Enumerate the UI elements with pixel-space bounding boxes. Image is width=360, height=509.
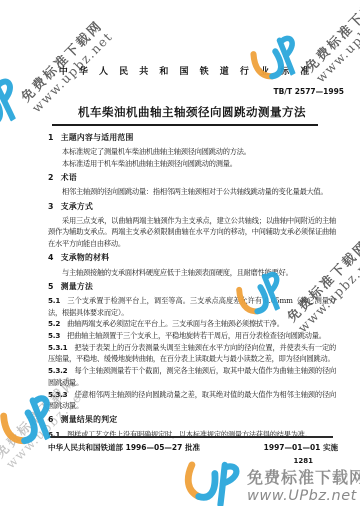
- section-4-paragraph-1: 与主轴颈接触的支承面材料硬度应低于主轴颈表面硬度，且耐磨性能要好。: [48, 267, 336, 279]
- standard-number: TB/T 2577—1995: [273, 87, 344, 96]
- clause-5-2: 5.2曲轴两端支承必须固定在平台上。三支承面与各主轴颈必须擦拭干净。: [48, 318, 336, 330]
- upbz-logo-icon: [182, 461, 244, 506]
- watermark-site-name: 免费标准下载网: [247, 465, 360, 488]
- clause-6-1: 6.1图样或工艺文件上没有明确规定时，以本标准规定的测量方法获得的结果为准。: [48, 429, 336, 441]
- scanned-standard-page: 中 华 人 民 共 和 国 铁 道 行 业 标 准 TB/T 2577—1995…: [0, 0, 360, 509]
- section-6-heading: 6测量结果的判定: [48, 414, 336, 426]
- clause-5-3-2: 5.3.2每个主轴颈测量若干个截面，测完各主轴颈后，取其中最大值作为曲轴主轴颈的…: [48, 365, 336, 388]
- clause-5-3: 5.3把曲轴主轴颈置于三个支承上，平稳地旋转若干周后，用百分表检查径向圆跳动量。: [48, 330, 336, 342]
- section-1-paragraph-2: 本标准适用于机车柴油机曲轴主轴颈径向圆跳动的测量。: [48, 158, 336, 170]
- section-1-heading: 1主题内容与适用范围: [48, 132, 336, 144]
- section-4-heading: 4支承物的材料: [48, 252, 336, 264]
- section-2-heading: 2术语: [48, 172, 336, 184]
- document-title: 机车柴油机曲轴主轴颈径向圆跳动测量方法: [48, 104, 336, 120]
- watermark-site-url: www.UPbz.net: [247, 488, 360, 504]
- section-5-heading: 5测量方法: [48, 281, 336, 293]
- watermark-site-name: 免费标准下载网: [16, 15, 106, 105]
- clause-5-3-1: 5.3.1把装于表架上的百分表测量头调至主轴颈在水平方向的径向位置，并使表头有一…: [48, 342, 336, 365]
- section-3-heading: 3支承方式: [48, 201, 336, 213]
- page-number: 1281: [294, 457, 313, 465]
- upbz-logo-icon: [244, 29, 312, 91]
- footer-row: 中华人民共和国铁道部 1996—05—27 批准 1997—01—01 实施: [48, 442, 338, 453]
- clause-5-3-3: 5.3.3任意相邻两主轴颈的径向圆跳动量之差，取其绝对值的最大值作为相邻主轴颈的…: [48, 389, 336, 412]
- section-2-paragraph-1: 相邻主轴颈的径向圆跳动量：指相邻两主轴颈相对于公共轴线跳动量的变化量最大值。: [48, 186, 336, 198]
- section-3-paragraph-1: 采用三点支承，以曲轴两端主轴颈作为主支承点，建立公共轴线；以曲轴中间附近的主轴颈…: [48, 215, 336, 250]
- title-divider: [52, 124, 318, 126]
- clause-5-1: 5.1三个支承置于检测平台上，调至等高。三支承点高度差允许有 0.05mm（其它…: [48, 295, 336, 318]
- document-body: 1主题内容与适用范围 本标准规定了测量机车柴油机曲轴主轴颈径向圆跳动的方法。 本…: [48, 132, 336, 440]
- approval-note: 中华人民共和国铁道部 1996—05—27 批准: [48, 442, 200, 453]
- upbz-logo-icon: [0, 71, 33, 139]
- standard-category-header: 中 华 人 民 共 和 国 铁 道 行 业 标 准: [48, 64, 324, 77]
- implementation-note: 1997—01—01 实施: [264, 442, 338, 453]
- watermark-bottom-right: 免费标准下载网 www.UPbz.net: [247, 465, 360, 504]
- footer-divider: [48, 436, 333, 438]
- section-1-paragraph-1: 本标准规定了测量机车柴油机曲轴主轴颈径向圆跳动的方法。: [48, 146, 336, 158]
